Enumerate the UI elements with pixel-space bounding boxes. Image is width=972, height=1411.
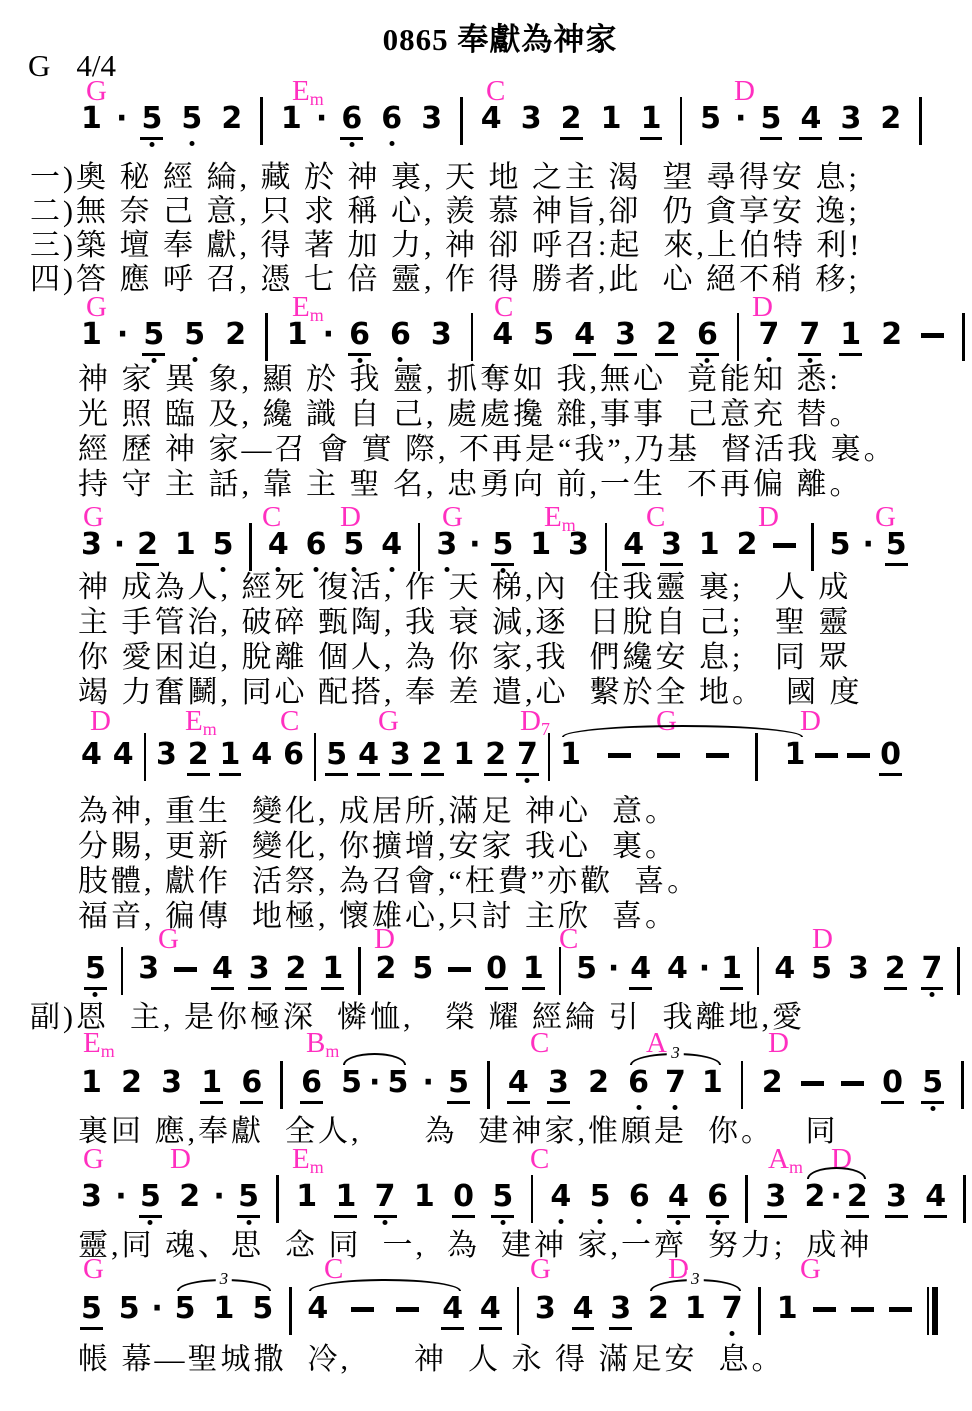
low-octave-dot: [149, 142, 154, 147]
note: 5: [237, 1180, 260, 1218]
duration-dash: [773, 543, 796, 548]
note: 7: [664, 1066, 687, 1100]
note: 3: [389, 738, 412, 776]
note: 1: [80, 1066, 103, 1100]
note: 7: [516, 738, 539, 776]
note: 1: [784, 738, 807, 772]
note: 4: [480, 102, 503, 136]
chord-Em: Em: [292, 1144, 324, 1182]
barline: [919, 97, 922, 145]
note: 3: [160, 1066, 183, 1100]
final-barline-thin: [927, 1287, 930, 1335]
final-barline-thick: [932, 1287, 938, 1335]
note: 4: [572, 1292, 595, 1330]
barline: [517, 1287, 520, 1335]
barline: [758, 1287, 761, 1335]
note: 3: [80, 1180, 103, 1214]
tie-group: 2·2: [804, 1180, 869, 1218]
note: 6: [696, 318, 719, 356]
chord-D: D: [374, 924, 395, 954]
note: 2: [187, 738, 210, 776]
barline: [680, 97, 683, 145]
note: 5: [810, 952, 833, 986]
note: 2: [736, 528, 759, 562]
duration-dash: [174, 967, 197, 972]
note: 1: [295, 1180, 318, 1214]
note: 1: [684, 1292, 707, 1326]
note: 1: [280, 102, 303, 136]
duration-dash: [608, 753, 631, 758]
note: 3: [764, 1180, 787, 1218]
note: 2: [421, 738, 444, 776]
note: 5: [183, 318, 206, 352]
duration-dash: [351, 1307, 374, 1312]
dot: ·: [423, 1066, 434, 1100]
note: 7: [374, 1180, 397, 1218]
low-octave-dot: [930, 1106, 935, 1111]
note: 2: [879, 102, 902, 136]
note: 1: [452, 738, 475, 772]
note: 6: [300, 1066, 323, 1104]
barline: [144, 733, 147, 781]
note: 2: [375, 952, 398, 986]
hymn-title: 0865 奉獻為神家: [30, 14, 970, 59]
chord-D: D: [90, 706, 111, 736]
barline: [487, 1061, 490, 1109]
note: 5: [174, 1292, 197, 1326]
note: 4: [491, 318, 514, 352]
note: 1: [212, 1292, 235, 1326]
note: 1: [640, 102, 663, 140]
dot: ·: [151, 1292, 162, 1326]
barline: [121, 947, 124, 995]
note: 2: [804, 1180, 827, 1214]
note: 1: [334, 1180, 357, 1218]
note: 4: [211, 952, 234, 990]
tuplet-number: 3: [216, 1270, 233, 1287]
notes-row: 1·5521·663432115·5432: [80, 102, 922, 154]
note: 2: [136, 528, 159, 566]
duration-dash: [851, 1307, 874, 1312]
tuplet-number: 3: [667, 1044, 684, 1061]
note: 7: [921, 952, 944, 990]
duration-dash: [815, 753, 838, 758]
barline: [745, 1175, 748, 1223]
note: 4: [549, 1180, 572, 1214]
note: 3: [614, 318, 637, 356]
final-barline: [927, 1287, 938, 1335]
note: 5: [139, 1180, 162, 1218]
barline: [531, 1175, 534, 1223]
note: 1: [529, 528, 552, 562]
note: 3: [609, 1292, 632, 1330]
note: 2: [655, 318, 678, 356]
note: 4: [306, 1292, 329, 1326]
chord-C: C: [530, 1028, 549, 1058]
barline: [741, 1061, 744, 1109]
note: 4: [380, 528, 403, 562]
note: 5: [140, 102, 163, 140]
rest: 0: [452, 1180, 475, 1218]
tie-group: 11: [559, 738, 806, 781]
dot: ·: [213, 1180, 224, 1214]
note: 4: [441, 1292, 464, 1330]
low-octave-dot: [525, 778, 530, 783]
note: 1: [720, 952, 743, 990]
rest: 0: [881, 1066, 904, 1104]
rest: 0: [485, 952, 508, 990]
note: 1: [80, 318, 103, 352]
note: 7: [757, 318, 780, 352]
note: 6: [340, 102, 363, 140]
note: 7: [798, 318, 821, 356]
duration-dash: [396, 1307, 419, 1312]
note: 2: [484, 738, 507, 776]
duration-dash: [448, 967, 471, 972]
dot: ·: [323, 318, 334, 352]
note: 6: [348, 318, 371, 356]
chord-G: G: [83, 1144, 104, 1174]
chord-row: EmBmCAmD: [0, 1028, 972, 1062]
note: 3: [547, 1066, 570, 1104]
note: 1: [600, 102, 623, 136]
note: 3: [248, 952, 271, 990]
barline: [276, 1175, 279, 1223]
note: 3: [847, 952, 870, 986]
note: 7: [721, 1292, 744, 1326]
low-octave-dot: [389, 141, 394, 146]
chord-D: D: [812, 924, 833, 954]
lyric-line: 帳 幕—聖城撒 冷, 神 人 永 得 滿足安 息。: [78, 1334, 785, 1378]
dot: ·: [369, 1066, 380, 1100]
note: 4: [666, 952, 689, 986]
dot: ·: [608, 952, 619, 986]
note: 1: [839, 318, 862, 356]
note: 2: [178, 1180, 201, 1214]
note: 3: [435, 528, 458, 562]
chord-subscript: m: [789, 1157, 803, 1177]
dot: ·: [117, 318, 128, 352]
note: 5: [532, 318, 555, 352]
duration-dash: [921, 333, 944, 338]
dot: ·: [699, 952, 710, 986]
note: 5: [118, 1292, 141, 1326]
note: 2: [285, 952, 308, 990]
barline: [280, 1061, 283, 1109]
note: 4: [357, 738, 380, 776]
note: 4: [773, 952, 796, 986]
chord-subscript: m: [325, 1041, 339, 1061]
duration-dash: [801, 1081, 824, 1086]
note: 3: [420, 102, 443, 136]
note: 5: [411, 952, 434, 986]
note: 1: [200, 1066, 223, 1104]
note: 5: [80, 1292, 103, 1330]
barline: [289, 1287, 292, 1335]
chord-row: GCGD7G: [0, 1254, 972, 1288]
note: 6: [240, 1066, 263, 1104]
chord-Am: Am: [768, 1144, 803, 1182]
barline: [757, 947, 760, 995]
note: 4: [924, 1180, 947, 1218]
note: 3: [137, 952, 160, 986]
note: 5: [921, 1066, 944, 1104]
note: 3: [839, 102, 862, 140]
note: 6: [389, 318, 412, 352]
note: 2: [560, 102, 583, 140]
note: 3: [660, 528, 683, 566]
barline: [314, 733, 317, 781]
tuplet-group: 3217: [647, 1292, 744, 1326]
note: 5: [491, 1180, 514, 1218]
barline: [559, 947, 562, 995]
chord-Em: Em: [83, 1028, 115, 1066]
barline: [963, 1175, 966, 1223]
dot: ·: [735, 102, 746, 136]
note: 1: [559, 738, 582, 772]
chord-G: G: [378, 706, 399, 736]
note: 4: [80, 738, 103, 772]
chord-G: G: [158, 924, 179, 954]
chord-C: C: [559, 924, 578, 954]
note: 4: [479, 1292, 502, 1330]
tie-group: 44: [306, 1292, 464, 1330]
note: 6: [628, 1180, 651, 1214]
note: 2: [884, 952, 907, 990]
note: 4: [629, 952, 652, 990]
note: 5: [340, 1066, 363, 1100]
barline: [755, 733, 758, 781]
chord-G: G: [800, 1254, 821, 1284]
chord-subscript: m: [101, 1041, 115, 1061]
tuplet-group: 3515: [174, 1292, 275, 1326]
note: 3: [430, 318, 453, 352]
note: 2: [120, 1066, 143, 1100]
hymn-sheet: 0865 奉獻為神家 G4/4 GEmCD1·5521·663432115·54…: [0, 0, 972, 1411]
barline: [957, 947, 960, 995]
duration-dash: [706, 753, 729, 758]
dot: ·: [115, 1180, 126, 1214]
note: 3: [534, 1292, 557, 1326]
note: 2: [761, 1066, 784, 1100]
barline: [548, 733, 551, 781]
lyric-line: 持 守 主 話, 靠 主 聖 名, 忠勇向 前,一生 不再偏 離。: [78, 459, 863, 503]
note: 1: [321, 952, 344, 990]
note: 4: [573, 318, 596, 356]
note: 3: [80, 528, 103, 562]
dot: ·: [862, 528, 873, 562]
note: 1: [522, 952, 545, 990]
chord-G: G: [83, 1254, 104, 1284]
dot: ·: [116, 102, 127, 136]
note: 5: [760, 102, 783, 140]
chord-Bm: Bm: [306, 1028, 339, 1066]
note: 1: [776, 1292, 799, 1326]
barline: [358, 947, 361, 995]
duration-dash: [813, 1307, 836, 1312]
note: 2: [846, 1180, 869, 1218]
dot: ·: [114, 528, 125, 562]
note: 2: [220, 102, 243, 136]
duration-dash: [847, 753, 870, 758]
barline: [961, 1061, 964, 1109]
notes-row: 44321465432127110: [80, 738, 902, 790]
note: 5: [575, 952, 598, 986]
note: 4: [667, 1180, 690, 1218]
tuplet-group: 3671: [627, 1066, 724, 1100]
note: 5: [447, 1066, 470, 1104]
note: 5: [699, 102, 722, 136]
note: 2: [224, 318, 247, 352]
dot: ·: [469, 528, 480, 562]
note: 6: [282, 738, 305, 772]
note: 2: [880, 318, 903, 352]
low-octave-dot: [929, 992, 934, 997]
duration-dash: [841, 1081, 864, 1086]
low-octave-dot: [349, 142, 354, 147]
note: 5: [325, 738, 348, 776]
chord-D: D: [170, 1144, 191, 1174]
note: 4: [250, 738, 273, 772]
note: 5: [251, 1292, 274, 1326]
chord-C: C: [280, 706, 299, 736]
duration-dash: [657, 753, 680, 758]
barline: [260, 97, 263, 145]
note: 1: [701, 1066, 724, 1100]
low-octave-dot: [189, 141, 194, 146]
note: 5: [491, 528, 514, 566]
chord-C: C: [324, 1254, 343, 1284]
chord-C: C: [530, 1144, 549, 1174]
chord-D: D: [768, 1028, 789, 1058]
note: 1: [219, 738, 242, 776]
note: 5: [589, 1180, 612, 1214]
tie-group: 5·5: [340, 1066, 409, 1100]
note: 5: [386, 1066, 409, 1100]
note: 1: [413, 1180, 436, 1214]
note: 5: [180, 102, 203, 136]
note: 5: [142, 318, 165, 356]
note: 4: [799, 102, 822, 140]
barline: [962, 313, 965, 361]
note: 3: [885, 1180, 908, 1218]
note: 5: [342, 528, 365, 562]
dot: ·: [316, 102, 327, 136]
note: 6: [706, 1180, 729, 1218]
note: 5: [829, 528, 852, 562]
tuplet-number: 3: [687, 1270, 704, 1287]
duration-dash: [889, 1307, 912, 1312]
note: 6: [627, 1066, 650, 1100]
note: 5: [885, 528, 908, 566]
note: 1: [80, 102, 103, 136]
chord-D: D: [800, 706, 821, 736]
note: 1: [698, 528, 721, 562]
note: 3: [155, 738, 178, 772]
note: 1: [286, 318, 309, 352]
rest: 0: [879, 738, 902, 776]
barline: [460, 97, 463, 145]
note: 3: [567, 528, 590, 562]
note: 1: [174, 528, 197, 562]
note: 5: [84, 952, 107, 990]
note: 4: [267, 528, 290, 562]
note: 6: [305, 528, 328, 562]
chord-subscript: m: [310, 1157, 324, 1177]
chord-G: G: [530, 1254, 551, 1284]
note: 4: [622, 528, 645, 566]
note: 2: [647, 1292, 670, 1326]
note: 2: [587, 1066, 610, 1100]
dot: ·: [830, 1180, 841, 1214]
note: 4: [507, 1066, 530, 1104]
note: 6: [380, 102, 403, 136]
note: 4: [112, 738, 135, 772]
note: 5: [212, 528, 235, 562]
note: 3: [520, 102, 543, 136]
